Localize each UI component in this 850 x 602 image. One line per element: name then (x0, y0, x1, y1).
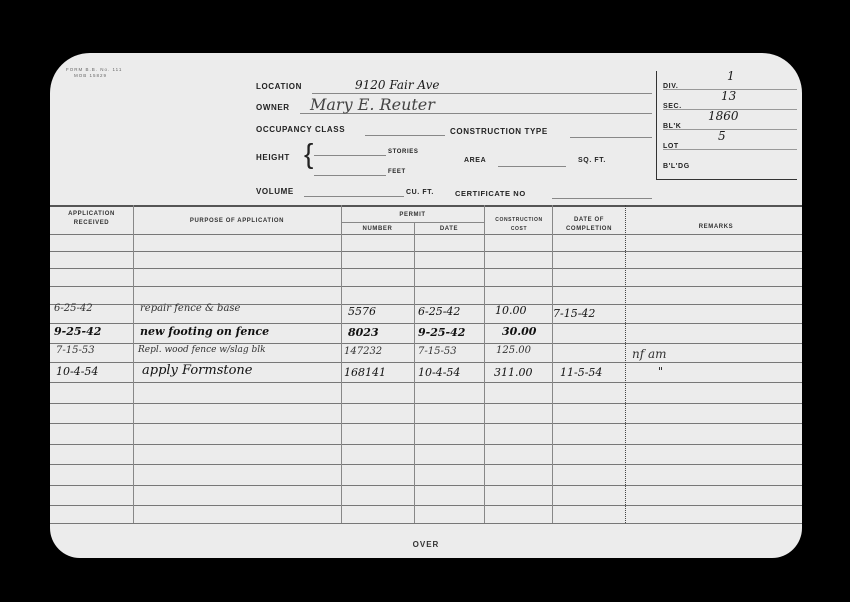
row3-cost: 125.00 (496, 345, 531, 356)
row2-number: 8023 (348, 326, 379, 339)
row4-purpose: apply Formstone (142, 363, 253, 378)
grid-line (50, 268, 802, 269)
column-divider (552, 205, 553, 523)
sec-label: SEC. (663, 103, 682, 110)
column-divider (625, 205, 626, 523)
header-date-of-completion: DATE OF COMPLETION (556, 216, 622, 234)
row2-date: 9-25-42 (418, 326, 465, 339)
lot-value: 5 (718, 129, 726, 143)
column-divider (341, 205, 342, 523)
side-row-blk: BL'K1860 (663, 111, 797, 130)
lot-info-box: DIV.1 SEC.13 BL'K1860 LOT5 B'L'DG (656, 71, 797, 180)
row4-completion: 11-5-54 (560, 366, 602, 379)
owner-value: Mary E. Reuter (310, 95, 435, 114)
row1-completion: 7-15-42 (553, 307, 595, 320)
column-divider (414, 223, 415, 523)
grid-line (50, 251, 802, 252)
stories-line (314, 155, 386, 156)
side-row-sec: SEC.13 (663, 91, 797, 110)
bldg-label: B'L'DG (663, 163, 690, 170)
grid-line (50, 286, 802, 287)
grid-line (50, 444, 802, 445)
row4-remarks: " (658, 365, 663, 378)
side-row-div: DIV.1 (663, 71, 797, 90)
row1-purpose: repair fence & base (140, 303, 240, 314)
sqft-label: SQ. FT. (578, 157, 606, 164)
feet-line (314, 175, 386, 176)
construction-type-label: CONSTRUCTION TYPE (450, 127, 548, 136)
area-line (498, 166, 566, 167)
row1-cost: 10.00 (495, 304, 527, 317)
header-application-received: APPLICATION RECEIVED (50, 210, 133, 228)
certificate-line (552, 198, 652, 199)
area-label: AREA (464, 157, 486, 164)
blk-label: BL'K (663, 123, 681, 130)
owner-label: OWNER (256, 103, 290, 112)
header-purpose: PURPOSE OF APPLICATION (133, 217, 341, 226)
header-remarks: REMARKS (630, 223, 802, 232)
cuft-label: CU. FT. (406, 189, 434, 196)
table-top-rule (50, 205, 802, 207)
header-construction-cost: CONSTRUCTION COST (490, 216, 548, 234)
row4-date: 10-4-54 (418, 366, 460, 379)
row2-purpose: new footing on fence (140, 325, 269, 338)
row3-received: 7-15-53 (56, 345, 95, 356)
lot-label: LOT (663, 143, 679, 150)
row3-remarks: nf am (632, 347, 667, 361)
grid-line (50, 403, 802, 404)
permit-index-card: FORM B.B. No. 111 MOB 15829 LOCATION 912… (50, 53, 802, 558)
side-row-lot: LOT5 (663, 131, 797, 150)
row1-number: 5576 (348, 305, 376, 318)
header-permit-date: DATE (414, 225, 484, 234)
height-label: HEIGHT (256, 153, 290, 162)
grid-line (50, 343, 802, 344)
form-number-line2: MOB 15829 (74, 73, 122, 79)
div-label: DIV. (663, 83, 678, 90)
blk-value: 1860 (708, 109, 739, 123)
table-header-rule (50, 234, 802, 235)
location-line (312, 93, 652, 94)
row1-date: 6-25-42 (418, 305, 460, 318)
grid-line (50, 423, 802, 424)
location-label: LOCATION (256, 82, 302, 91)
brace-icon: { (304, 139, 313, 169)
grid-line (50, 523, 802, 524)
stories-label: STORIES (388, 149, 418, 155)
volume-label: VOLUME (256, 187, 294, 196)
grid-line (50, 323, 802, 324)
occupancy-line (365, 135, 445, 136)
header-permit-number: NUMBER (341, 225, 414, 234)
row1-received: 6-25-42 (54, 303, 93, 314)
row3-number: 147232 (344, 346, 382, 357)
column-divider (133, 205, 134, 523)
location-value: 9120 Fair Ave (355, 78, 439, 92)
column-divider (484, 205, 485, 523)
row4-cost: 311.00 (494, 366, 533, 379)
certificate-label: CERTIFICATE NO (455, 189, 526, 198)
side-row-bldg: B'L'DG (663, 151, 797, 169)
row4-number: 168141 (344, 366, 386, 379)
row2-cost: 30.00 (502, 325, 536, 338)
row2-received: 9-25-42 (54, 325, 101, 338)
grid-line (50, 464, 802, 465)
volume-line (304, 196, 404, 197)
permit-subheader-line (341, 222, 484, 223)
grid-line (50, 485, 802, 486)
row4-received: 10-4-54 (56, 365, 98, 378)
row3-purpose: Repl. wood fence w/slag blk (138, 345, 266, 355)
over-footer: OVER (50, 540, 802, 549)
feet-label: FEET (388, 169, 406, 175)
grid-line (50, 382, 802, 383)
grid-line (50, 505, 802, 506)
div-value: 1 (727, 69, 735, 83)
construction-type-line (570, 137, 652, 138)
header-permit: PERMIT (341, 211, 484, 220)
row3-date: 7-15-53 (418, 346, 457, 357)
occupancy-class-label: OCCUPANCY CLASS (256, 125, 345, 134)
form-number: FORM B.B. No. 111 MOB 15829 (66, 67, 122, 79)
sec-value: 13 (721, 89, 736, 103)
